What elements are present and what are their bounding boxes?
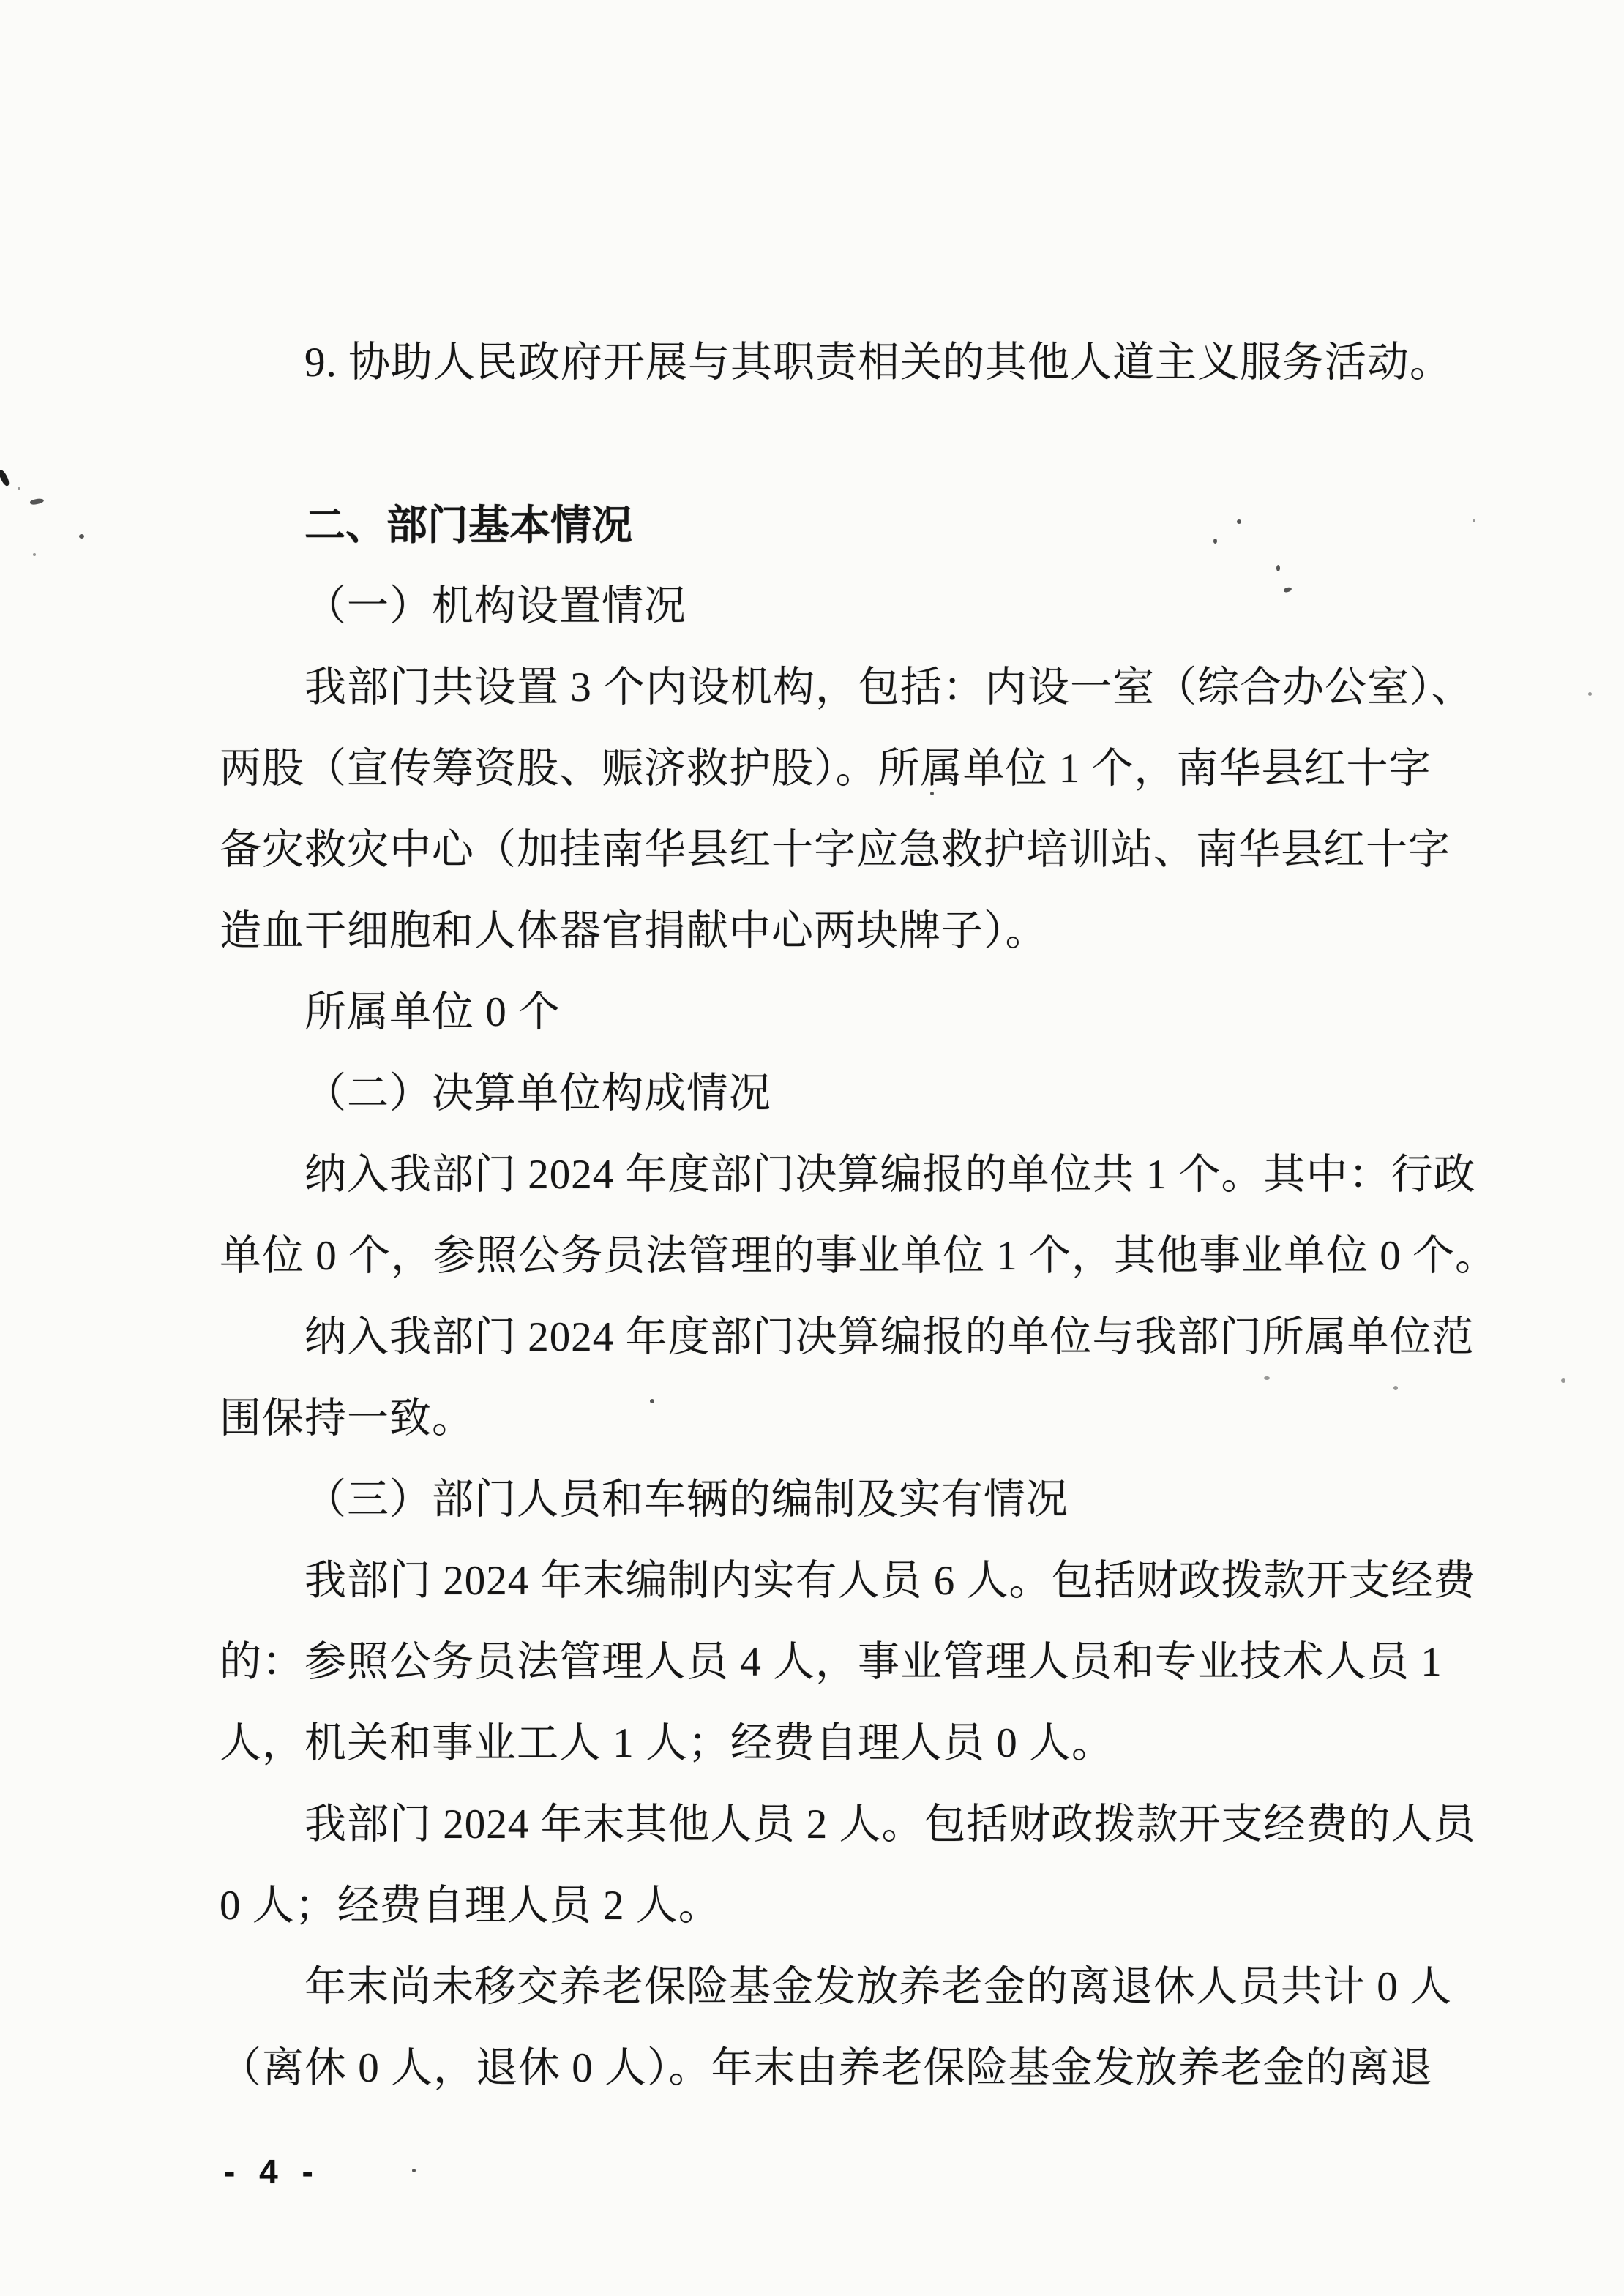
body-text-line: 纳入我部门 2024 年度部门决算编报的单位共 1 个。其中：行政 [220,1134,1464,1215]
scan-speck [0,468,11,487]
body-text-line: 0 人；经费自理人员 2 人。 [220,1865,1464,1946]
scan-speck [29,498,44,506]
body-text-line: 我部门共设置 3 个内设机构，包括：内设一室（综合办公室）、 [220,647,1464,728]
body-text-line: 的：参照公务员法管理人员 4 人，事业管理人员和专业技术人员 1 [220,1621,1464,1703]
scanned-document-page: 9. 协助人民政府开展与其职责相关的其他人道主义服务活动。二、部门基本情况（一）… [0,0,1624,2296]
body-text-line: 人，机关和事业工人 1 人；经费自理人员 0 人。 [220,1703,1464,1784]
scan-speck [1473,519,1475,522]
body-text-line: 我部门 2024 年末其他人员 2 人。包括财政拨款开支经费的人员 [220,1784,1464,1865]
scan-speck [1276,565,1280,571]
subsection-heading-line: （二）决算单位构成情况 [220,1053,1464,1134]
body-text-line: 我部门 2024 年末编制内实有人员 6 人。包括财政拨款开支经费 [220,1540,1464,1621]
body-text-line: 9. 协助人民政府开展与其职责相关的其他人道主义服务活动。 [220,322,1464,403]
body-text-line: 备灾救灾中心（加挂南华县红十字应急救护培训站、南华县红十字 [220,809,1464,890]
body-text-line: 年末尚未移交养老保险基金发放养老金的离退休人员共计 0 人 [220,1946,1464,2027]
scan-speck [412,2169,416,2172]
document-text-block: 9. 协助人民政府开展与其职责相关的其他人道主义服务活动。二、部门基本情况（一）… [220,322,1464,2109]
scan-speck [1264,1376,1270,1380]
subsection-heading-line: （一）机构设置情况 [220,566,1464,647]
blank-line [220,403,1464,484]
body-text-line: 所属单位 0 个 [220,972,1464,1053]
subsection-heading-line: （三）部门人员和车辆的编制及实有情况 [220,1459,1464,1540]
scan-speck [33,553,36,556]
scan-speck [1237,519,1241,524]
body-text-line: 两股（宣传筹资股、赈济救护股）。所属单位 1 个，南华县红十字 [220,728,1464,809]
page-number: - 4 - [224,2150,321,2194]
scan-speck [1588,692,1592,696]
body-text-line: （离休 0 人，退休 0 人）。年末由养老保险基金发放养老金的离退 [220,2027,1464,2109]
body-text-line: 围保持一致。 [220,1378,1464,1459]
scan-speck [930,792,934,795]
scan-speck [18,487,20,490]
scan-speck [1213,539,1217,544]
scan-speck [79,534,84,539]
scan-speck [1393,1386,1398,1390]
body-text-line: 纳入我部门 2024 年度部门决算编报的单位与我部门所属单位范 [220,1297,1464,1378]
body-text-line: 单位 0 个，参照公务员法管理的事业单位 1 个，其他事业单位 0 个。 [220,1215,1464,1297]
scan-speck [1561,1378,1565,1383]
scan-speck [650,1399,654,1403]
section-heading-line: 二、部门基本情况 [220,484,1464,566]
body-text-line: 造血干细胞和人体器官捐献中心两块牌子）。 [220,890,1464,972]
